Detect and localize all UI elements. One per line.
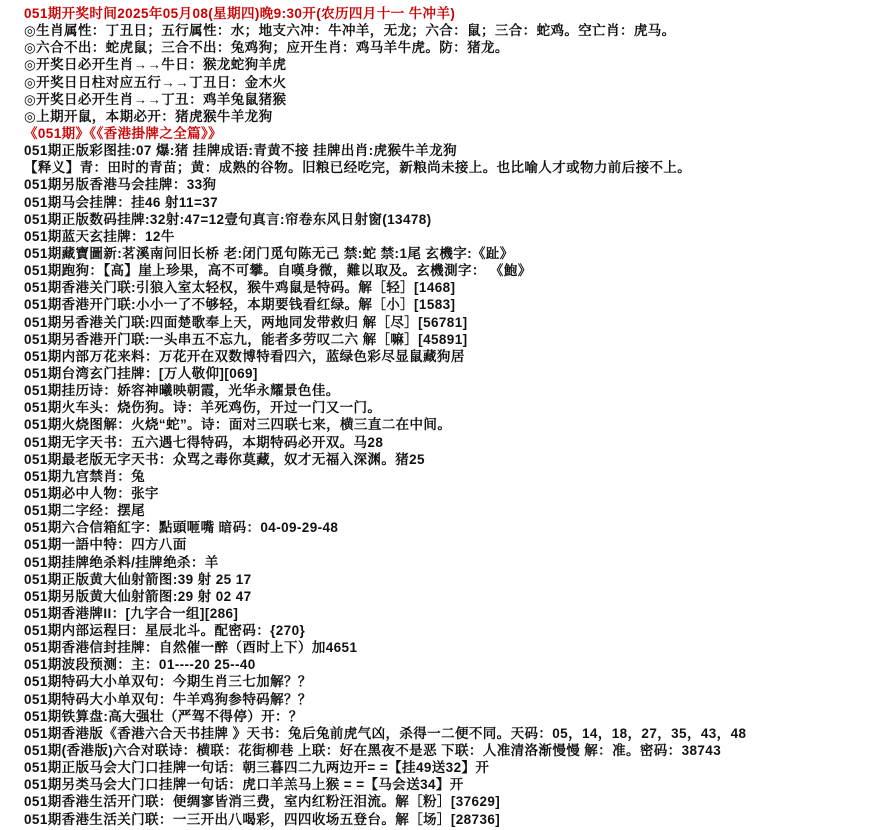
- info-line: 051期正版数码挂牌:32射:47=12壹句真言:帘卷东风日射窗(13478): [24, 211, 894, 228]
- info-line: 【释义】青：田时的青苗；黄：成熟的谷物。旧粮已经吃完，新粮尚未接上。也比喻人才或…: [24, 159, 894, 176]
- highlight-line: 051期开奖时间2025年05月08(星期四)晚9:30开(农历四月十一 牛冲羊…: [24, 5, 894, 22]
- info-line: 051期九宫禁肖：兔: [24, 468, 894, 485]
- info-line: 051期(香港版)六合对联诗：横联：花街柳巷 上联：好在黑夜不是恶 下联：人准清…: [24, 742, 894, 759]
- info-line: 051期另类马会大门口挂牌一句话：虎口羊羔马上猴 = =【马会送34】开: [24, 776, 894, 793]
- info-line: 051期另版黄大仙射箭图:29 射 02 47: [24, 588, 894, 605]
- info-line: 051期挂牌绝杀料/挂牌绝杀：羊: [24, 554, 894, 571]
- info-line: 051期马会挂牌：挂46 射11=37: [24, 194, 894, 211]
- info-line: ◎开奖日日柱对应五行→→丁丑日：金木火: [24, 74, 894, 91]
- info-line: 051期正版彩图挂:07 爆:猪 挂牌成语:青黄不接 挂牌出肖:虎猴牛羊龙狗: [24, 142, 894, 159]
- info-line: 051期火车头：烧伤狗。诗：羊死鸡伤，开过一门又一门。: [24, 399, 894, 416]
- info-line: 051期蓝天玄挂牌：12牛: [24, 228, 894, 245]
- info-line: 051期台湾玄门挂牌：[万人敬仰][069]: [24, 365, 894, 382]
- info-line: 051期一語中特：四方八面: [24, 536, 894, 553]
- info-line: 051期正版黄大仙射箭图:39 射 25 17: [24, 571, 894, 588]
- info-lines-container: 051期开奖时间2025年05月08(星期四)晚9:30开(农历四月十一 牛冲羊…: [24, 5, 894, 828]
- info-line: 051期另香港关门联:四面楚歌奉上天，两地同发带救归 解［尽］[56781]: [24, 314, 894, 331]
- info-line: 051期波段预测：主：01----20 25--40: [24, 656, 894, 673]
- info-line: 051期香港版《香港六合天书挂牌 》天书：兔后兔前虎气凶，杀得一二便不同。天码：…: [24, 725, 894, 742]
- info-line: 051期必中人物：张宇: [24, 485, 894, 502]
- info-line: 051期正版马会大门口挂牌一句话：朝三暮四二九两边开= =【挂49送32】开: [24, 759, 894, 776]
- info-line: 051期香港信封挂牌：自然催一醉（酉时上下）加4651: [24, 639, 894, 656]
- info-line: 051期最老版无字天书：众骂之毒你莫藏，奴才无福入深渊。猪25: [24, 451, 894, 468]
- info-line: 051期内部万花来料：万花开在双数博特看四六，蓝绿色彩尽显鼠藏狗居: [24, 348, 894, 365]
- info-line: 051期香港生活关门联：一三开出八喝彩，四四收场五登台。解［场］[28736]: [24, 811, 894, 828]
- info-line: ◎上期开鼠，本期必开：猪虎猴牛羊龙狗: [24, 108, 894, 125]
- info-line: 051期内部运程曰：星辰北斗。配密码：{270}: [24, 622, 894, 639]
- info-line: 051期挂历诗：娇容神曦映朝霞，光华永耀景色佳。: [24, 382, 894, 399]
- info-line: 051期香港开门联:小小一了不够轻，本期要钱看红绿。解［小］[1583]: [24, 296, 894, 313]
- info-line: 051期另香港开门联:一头串五不忘九，能者多劳叹二六 解［嘛］[45891]: [24, 331, 894, 348]
- info-line: ◎开奖日必开生肖→→牛日：猴龙蛇狗羊虎: [24, 56, 894, 73]
- info-line: 051期特码大小单双句：今期生肖三七加解？？: [24, 673, 894, 690]
- info-line: 051期另版香港马会挂牌：33狗: [24, 176, 894, 193]
- info-line: 051期香港关门联:引狼入室太轻权，猴牛鸡鼠是特码。解［轻］[1468]: [24, 279, 894, 296]
- info-line: ◎生肖属性：丁丑日；五行属性：水；地支六冲：牛冲羊，无龙；六合：鼠；三合：蛇鸡。…: [24, 22, 894, 39]
- info-line: ◎六合不出：蛇虎鼠；三合不出：兔鸡狗；应开生肖：鸡马羊牛虎。防：猪龙。: [24, 39, 894, 56]
- info-line: 051期藏寶圖新:茗溪南问旧长桥 老:闭门觅句陈无己 禁:蛇 禁:1尾 玄機字:…: [24, 245, 894, 262]
- info-line: 051期跑狗：【高】崖上珍果，高不可攀。自嘆身微，難以取及。玄機測字： 《鮑》: [24, 262, 894, 279]
- info-line: 051期无字天书：五六遇七得特码，本期特码必开双。马28: [24, 434, 894, 451]
- info-line: 051期六合信箱紅字：點頭咂嘴 暗码：04-09-29-48: [24, 519, 894, 536]
- lottery-info-page: 051期开奖时间2025年05月08(星期四)晚9:30开(农历四月十一 牛冲羊…: [0, 0, 894, 830]
- info-line: 051期铁算盘:高大强壮（严驾不得停）开：？: [24, 708, 894, 725]
- info-line: 051期特码大小单双句：牛羊鸡狗参特码解？？: [24, 691, 894, 708]
- info-line: 051期二字经：摆尾: [24, 502, 894, 519]
- highlight-line: 《051期》《《香港掛牌之全篇》》: [24, 125, 894, 142]
- info-line: 051期香港牌II：[九字合一组][286]: [24, 605, 894, 622]
- info-line: ◎开奖日必开生肖→→丁丑：鸡羊兔鼠猪猴: [24, 91, 894, 108]
- info-line: 051期香港生活开门联：便绸寥皆消三费，室内红粉汪泪流。解［粉］[37629]: [24, 793, 894, 810]
- info-line: 051期火烧图解：火烧“蛇”。诗：面对三四联七来，横三直二在中间。: [24, 416, 894, 433]
